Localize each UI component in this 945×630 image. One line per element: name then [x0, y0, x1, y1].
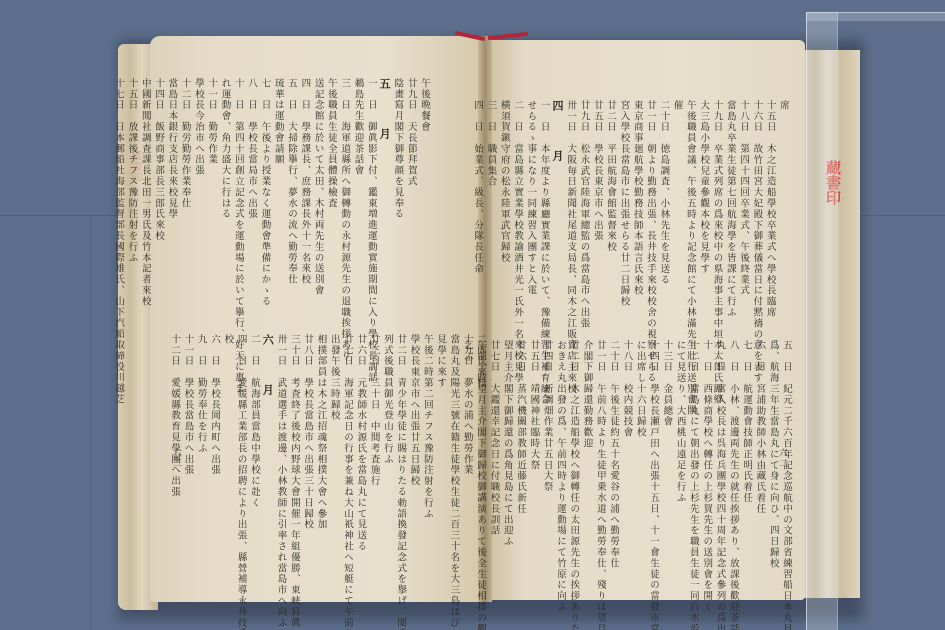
- text-line: 陰畫寫月閣下御尊顔を見奉る: [391, 78, 404, 318]
- text-line: 席: [777, 100, 790, 325]
- text-line: 六 日 學校長岡内町へ出張: [208, 334, 221, 554]
- text-line: 十二日 當島丸にて朝出發の上杉先生を職員生徒一同白水浜止埠: [687, 340, 700, 565]
- text-line: 廿九日 松永武官陸海軍總監の爲當島市へ出張: [577, 100, 590, 325]
- text-line: 廿六日 元教師水村源氏を當島丸にて見送る: [354, 334, 367, 554]
- text-line: 學校長東京市へ出張廿五日歸校: [407, 334, 420, 554]
- text-line: 四 日 愛媛縣工業部長の招聘により出張、縣營補導永井技手來: [234, 334, 247, 554]
- text-line: 午後職員會議、午後五時より記念館にて小林滿先生壯行送別會開: [684, 100, 697, 325]
- text-line: 琉華は運動會請願: [271, 78, 284, 318]
- text-line: 當島日本銀行支店長來校見學: [165, 78, 178, 318]
- text-line: 校: [221, 334, 234, 554]
- text-line: 東京商事廻航學校勤務技師本語言氏來校: [630, 100, 643, 325]
- text-line: 八 日 小林、渡邊両先生の就任挨拶あり、放課後歡迎茶話會: [727, 340, 740, 565]
- text-line: 當島丸及陽光三號在籍生徒學校生徒二百三十名を大三島ほびに本校: [447, 334, 460, 554]
- text-line: 一 日 本年度より縣廳實業課に於いて、豫備練習生補育統合: [537, 100, 550, 325]
- text-line: 廿六日 蒸汽機關部教師近藤氏新任: [514, 340, 527, 565]
- text-line: せらるゝ事になり一同練習入團すと入電: [524, 100, 537, 325]
- text-line: 十四日 飯野商事部長三郎氏來校: [152, 78, 165, 318]
- text-line: 大三島小學校兒童參觀本校を見學す: [697, 100, 710, 325]
- right-page-upper-text: 席十五日 木之江造船學校卒業式へ學校長臨席十六日 故竹田宮大妃殿下御葬儀當日に付…: [471, 100, 790, 325]
- text-line: に出席し十六日歸校: [633, 340, 646, 565]
- text-line: 鵜島先生歡迎茶話會: [351, 78, 364, 318]
- text-line: 卅一日 大阪毎日新聞社尾道支局長、同木之江販賣店主來校: [564, 100, 577, 325]
- text-line: 四 日 始業式、級長、分隊長任命: [471, 100, 484, 325]
- mat-line: [90, 215, 91, 630]
- text-line: 十八日 第四十四回卒業式、午後終業式: [737, 100, 750, 325]
- text-line: 望月主介閣下御歸還の爲角見島にて出迎ふ: [500, 340, 513, 565]
- text-line: 乞ふ: [461, 340, 474, 565]
- text-line: 廿二日 青少年學徒に賜はりたる勅語換發記念式を擧げ、閲兵分: [394, 334, 407, 554]
- text-line: 三十日 考査終了後校内野球大會開催一年組優勝、東峡寫眞: [288, 334, 301, 554]
- text-line: 十 日 第四十回創立記念式を運動場に於いて擧行、好天に惠ま: [232, 78, 245, 318]
- right-page-lower-text: 五 日 紀元二千六百年記念巡航中の文部省練習船日本丸見學の爲、航海三年生當島丸に…: [461, 340, 793, 565]
- text-line: 十二日 勤労勤勞作業奉仕: [178, 78, 191, 318]
- text-line: 午前十時望月主介閣下御歸校御講演ありて後全生徒相撲の觀覽を: [474, 340, 487, 565]
- text-line: 廿一日 朝より勤務出張、長井技手來校校舍の視察せらる: [644, 100, 657, 325]
- text-line: 横須賀鎭守府の松永陸軍武官歸校: [497, 100, 510, 325]
- text-line: 廿七日 大鑑還幸記念日に付職校長訓話: [487, 340, 500, 565]
- red-edge-stain: [488, 32, 528, 40]
- text-line: 十五日 放課後チフス豫防注射を行ふ: [125, 78, 138, 318]
- text-line: 二十日 午後生徒約五十名愛谷の浦へ勤勞奉仕: [607, 340, 620, 565]
- text-line: 廿九日 天長節拜賀式: [404, 78, 417, 318]
- text-line: 午後晩餐會: [418, 78, 431, 318]
- text-line: 十六日 故竹田宮大妃殿下御葬儀當日に付黙禱の意を表す: [750, 100, 763, 325]
- text-line: 二十日 徳島調査、小林先生を見送る: [657, 100, 670, 325]
- text-line: 學校長今治市へ出張: [192, 78, 205, 318]
- text-line: 五 月: [378, 78, 391, 318]
- text-line: 七 日 航運動會技師正明氏着任: [740, 340, 753, 565]
- acrylic-ruler-top: [806, 12, 945, 21]
- text-line: 二 日 當島縣立實業學校教諭酒井光一氏外一名來校見學: [511, 100, 524, 325]
- right-page-number: 六二: [776, 448, 789, 468]
- text-line: 廿七日 海軍記念日の行事を兼ね大山祇神社へ短艇にて午前八時: [341, 334, 354, 554]
- text-line: 三 日 職員集合: [484, 100, 497, 325]
- text-line: 四 月: [551, 100, 564, 325]
- text-line: 宮入學校長當島市に出張せらる廿二日歸校: [617, 100, 630, 325]
- text-line: 廿八日 學校長當島市へ出張三十日歸校: [301, 334, 314, 554]
- text-line: 二 日 航海部員當島中學校に赴く: [248, 334, 261, 554]
- text-line: 午後職員生徒全員體操檢査: [325, 78, 338, 318]
- text-line: 廿二日 平田航海會館監督來校: [604, 100, 617, 325]
- text-line: 七 日 午後より授業なく運動會準備にかゝる: [258, 78, 271, 318]
- text-line: 六 日 宮浦助教師小林由藏氏着任: [753, 340, 766, 565]
- text-line: 廿四日 新調畑作業廿五日大祭: [540, 340, 553, 565]
- text-line: 廿二日 木之江造船學校へ御轉任の太田源先生の挨拶ありたり: [567, 340, 580, 565]
- text-line: 十五日 木之江造船學校卒業式へ學校長臨席: [763, 100, 776, 325]
- text-line: 廿三日～三十日 中間考査施行: [367, 334, 380, 554]
- text-line: 十八日 校内競技會: [620, 340, 633, 565]
- text-line: 八 日 學校長當局市へ出張: [245, 78, 258, 318]
- text-line: 十七日 日本郵船社海部監督部長國際雄氏、山下汽船取締役川越芝: [112, 78, 125, 318]
- text-line: 相撲部員は木之江招魂祭相撲大會へ參加: [314, 334, 327, 554]
- text-line: 催: [670, 100, 683, 325]
- text-line: 六 月: [261, 334, 274, 554]
- text-line: 一 日 御眞影下付、鑑東増進運動實施期間に入り學校長訓話: [365, 78, 378, 318]
- text-line: 當島丸卒業生徒第七回航海學を皆課にて行ふ: [724, 100, 737, 325]
- text-line: にて見送り、大西桃山遠足を行ふ: [673, 340, 686, 565]
- text-line: 廿一日 午前八時より生徒甲乗水道へ勤勞奉仕、殘りは望月主: [594, 340, 607, 565]
- text-line: 三 日 海軍道縣所へ御轉動の永村源先生の退職挨拶あり: [338, 78, 351, 318]
- text-line: 十四日 學校長瀬戸田へ出張十五日、十一會生徒の當發市當保賀會: [647, 340, 660, 565]
- text-line: 列式後職員御光登山を行ふ: [381, 334, 394, 554]
- text-line: 卅一日 武道選手は渡邊、小林教師に引率され當島市へ向ふ: [274, 334, 287, 554]
- text-line: 五 日 大掃除擧行、夢水の流へ勤勞奉仕: [285, 78, 298, 318]
- text-line: 介閣下御歸還勤務歡迎: [580, 340, 593, 565]
- text-line: 中國新聞社調査課長北田一男氏及竹本記者來校: [138, 78, 151, 318]
- text-line: れ運動會、角力盛大に行はる: [218, 78, 231, 318]
- text-line: 廿五日 學校長東京市へ出張: [591, 100, 604, 325]
- text-line: 十一日 勤勞作業: [205, 78, 218, 318]
- text-line: 十一日 學校長當島市へ出張: [181, 334, 194, 554]
- text-line: 四 日 學務課長、庶務課長外十一名來校: [298, 78, 311, 318]
- text-line: 午後二時第二回チフス豫防注射を行ふ: [421, 334, 434, 554]
- text-line: 九 日 宮入校長は呉海兵團學校四十周年記念式參列の爲出張: [713, 340, 726, 565]
- text-line: 十三日 金員總會: [660, 340, 673, 565]
- text-line: 出發午後三時歸校: [327, 334, 340, 554]
- left-page-lower-text: 二郎氏來校十九日 夢水の浦へ勤勞作業當島丸及陽光三號在籍生徒學校生徒二百三十名を…: [168, 334, 487, 554]
- text-line: 九 日 勤勞奉仕を行ふ: [194, 334, 207, 554]
- text-line: 送記念館に於いて太田、木村両先生の送別會: [311, 78, 324, 318]
- text-line: 十二日 愛媛縣教育見學團へ出張: [168, 334, 181, 554]
- text-line: 十 日 西條商學校へ轉任の上杉賀先生の送別會を開く: [700, 340, 713, 565]
- text-line: 廿五日 靖國神社臨時大祭: [527, 340, 540, 565]
- text-line: おきえ丸出發の爲、午前四時より運動場にて竹原に向ふ: [554, 340, 567, 565]
- left-page-upper-text: 午後晩餐會廿九日 天長節拜賀式陰畫寫月閣下御尊顔を見奉る五 月一 日 御眞影下付…: [112, 78, 431, 318]
- acrylic-ruler: [806, 12, 838, 630]
- text-line: 見學に來す: [434, 334, 447, 554]
- text-line: 十九日 卒業式列席の爲來校中の県海事主事中垣本太郎氏歸鄕: [710, 100, 723, 325]
- left-page-number: 六三: [170, 448, 183, 468]
